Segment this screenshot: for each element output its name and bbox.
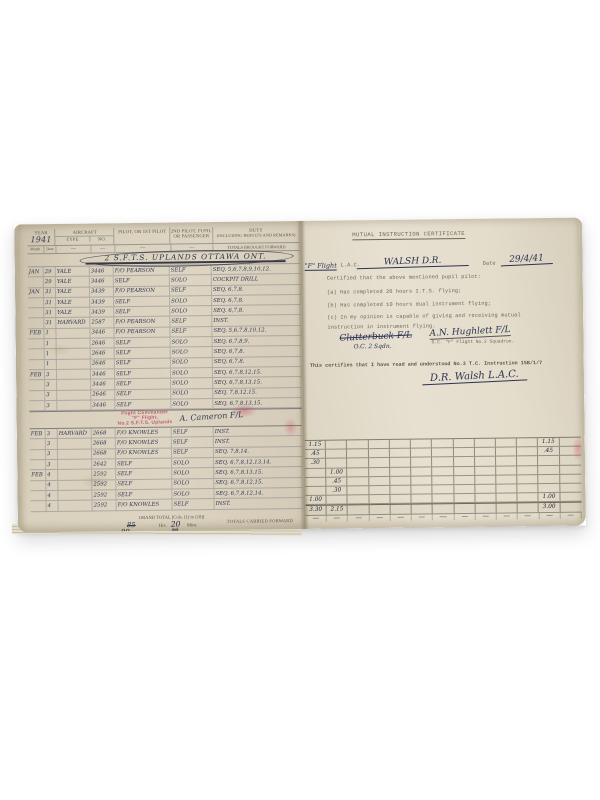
log-cell: SELF	[115, 399, 171, 409]
grid-cell	[560, 447, 581, 455]
type-label: Type	[56, 237, 90, 242]
grid-cell	[518, 484, 539, 492]
log-cell: SEQ. 6,7,8,12,15.	[213, 367, 301, 377]
stamp-line3: No.2 S.F.T.S. Uplands	[118, 421, 173, 428]
log-cell: SOLO	[172, 489, 214, 499]
grid-cell	[454, 466, 475, 474]
grid-cell: 2.15	[327, 506, 348, 514]
log-cell: FEB	[29, 370, 45, 379]
log-cell: 3439	[90, 307, 114, 317]
log-cell	[30, 491, 46, 500]
log-cell: 2668	[92, 428, 116, 438]
grid-cell	[475, 494, 496, 502]
flight-commander-stamp: Flight Commander "F" Flight, No.2 S.F.T.…	[117, 411, 172, 427]
log-cell: SEQ. 6,7,8.	[213, 357, 301, 367]
log-cell: 2646	[91, 349, 115, 359]
log-cell: SELF	[116, 469, 172, 479]
log-cell: INST.	[214, 426, 302, 436]
log-cell: 2646	[91, 390, 115, 400]
log-cell: 4	[46, 481, 58, 490]
log-cell	[29, 391, 45, 400]
grid-cell: .45	[538, 447, 559, 455]
grid-cell	[390, 440, 411, 448]
no-label: No.	[90, 236, 114, 241]
log-cell: SEQ. 6,7,8.	[212, 295, 300, 305]
mins-label: Mins.	[187, 522, 198, 527]
log-cell: FEB	[30, 429, 46, 438]
grid-cell	[411, 485, 432, 493]
certificate-text-line: (a) Has completed 20 hours I.T.S. flying…	[327, 288, 462, 296]
log-cell: SELF	[114, 296, 170, 306]
log-cell: YALE	[56, 297, 90, 307]
log-cell: 4	[46, 491, 58, 500]
grid-cell	[432, 448, 453, 456]
grid-cell	[517, 456, 538, 464]
log-cell	[28, 298, 44, 307]
log-cell: SELF	[172, 427, 214, 437]
grid-cell	[517, 447, 538, 455]
log-cell: 2592	[92, 470, 116, 480]
log-cell: SOLO	[171, 389, 213, 399]
pupil-signature-handwritten: D.R. Walsh L.A.C.	[422, 368, 527, 385]
grid-cell	[433, 494, 454, 502]
grid-cell	[305, 487, 326, 495]
log-cell: 31	[44, 288, 56, 297]
flight-oc-caption: O.C. "F" Flight No.2 Squadron.	[432, 339, 515, 345]
grid-cell	[347, 449, 368, 457]
grid-cell	[411, 458, 432, 466]
log-cell: SOLO	[171, 368, 213, 378]
grid-cell	[390, 449, 411, 457]
log-cell: SOLO	[170, 306, 212, 316]
log-cell	[58, 480, 92, 490]
log-cell: F/O KNOWLES	[117, 500, 173, 510]
log-cell: SEQ. 6,7,8.	[212, 285, 300, 295]
log-cell: SOLO	[172, 468, 214, 478]
log-cell: SELF	[172, 448, 214, 458]
col-header-aircraft: Aircraft Type No.	[56, 228, 115, 245]
grid-cell	[432, 439, 453, 447]
logbook-spread: Year 1941 Aircraft Type No. Pilot, or 1s…	[14, 218, 586, 533]
acknowledgement-text: This certifies that I have read and unde…	[310, 360, 542, 369]
grid-cell	[560, 474, 581, 482]
log-cell: 3446	[91, 369, 115, 379]
grid-cell: .30	[305, 459, 326, 467]
log-cell: HARVARD	[58, 429, 92, 439]
logbook-left-page: Year 1941 Aircraft Type No. Pilot, or 1s…	[14, 221, 304, 532]
grid-cell	[518, 493, 539, 501]
col-header-second-pilot: 2nd Pilot, Pupil or Passenger	[171, 227, 213, 244]
grid-cell	[326, 440, 347, 448]
log-rows-february: FEB3HARVARD2668F/O KNOWLESSELFINST.32668…	[30, 426, 303, 512]
grid-cell	[454, 476, 475, 484]
log-cell: INST.	[215, 498, 303, 508]
log-cell: SELF	[170, 317, 212, 327]
grid-cell	[453, 439, 474, 447]
grid-cell	[369, 477, 390, 485]
log-cell	[57, 400, 91, 410]
grid-cell	[390, 486, 411, 494]
log-cell: 3	[45, 380, 57, 389]
log-cell: F/O KNOWLES	[116, 428, 172, 438]
log-cell: SEQ. 6,7,8.	[212, 305, 300, 315]
log-cell: 3	[45, 401, 57, 410]
grid-cell: 3.00	[539, 503, 560, 511]
grid-cell	[517, 466, 538, 474]
grid-cell	[411, 467, 432, 475]
log-cell	[30, 450, 46, 459]
grid-cell	[497, 504, 518, 512]
grid-cell	[432, 467, 453, 475]
grid-footer-tick	[560, 512, 581, 518]
mutual-instruction-certificate: MUTUAL INSTRUCTION CERTIFICATE "F" Fligh…	[300, 218, 583, 529]
log-cell: 2642	[92, 459, 116, 469]
grid-cell	[348, 477, 369, 485]
grid-cell	[326, 459, 347, 467]
grid-cell	[369, 467, 390, 475]
log-cell: SELF	[115, 369, 171, 379]
log-cell: FEB	[30, 470, 46, 479]
log-cell: F/O KNOWLES	[116, 448, 172, 458]
log-cell: SELF	[115, 358, 171, 368]
certificate-text-line: (b) Has completed 10 hours dual instrume…	[327, 301, 491, 309]
log-cell	[58, 490, 92, 500]
log-cell: 3	[46, 429, 58, 438]
log-cell: SEQ. 6,7,8,13,15.	[213, 377, 301, 387]
grid-cell	[412, 505, 433, 513]
log-cell	[58, 460, 92, 470]
log-cell: SOLO	[171, 337, 213, 347]
certificate-text-line: Certified that the above mentioned pupil…	[327, 274, 481, 282]
log-cell: F/O PEARSON	[114, 317, 170, 327]
log-cell	[29, 380, 45, 389]
log-cell: 3	[46, 450, 58, 459]
grid-cell	[369, 505, 390, 513]
log-cell: 3446	[90, 328, 114, 338]
log-cell: FEB	[28, 329, 44, 338]
stamp-band: Flight Commander "F" Flight, No.2 S.F.T.…	[29, 408, 301, 429]
log-cell: 3	[45, 370, 57, 379]
grid-cell	[518, 503, 539, 511]
log-cell: SOLO	[170, 296, 212, 306]
log-cell: 3446	[91, 400, 115, 410]
log-cell: 3439	[90, 287, 114, 297]
grid-cell	[411, 439, 432, 447]
grid-cell	[433, 485, 454, 493]
grid-cell	[347, 440, 368, 448]
log-cell: SOLO	[171, 347, 213, 357]
grid-footer-tick	[369, 514, 390, 520]
grid-cell	[496, 493, 517, 501]
grid-footer-tick	[327, 515, 348, 521]
grid-cell	[369, 449, 390, 457]
year-value-handwritten: 1941	[27, 235, 55, 244]
log-cell: SELF	[115, 338, 171, 348]
grid-footer-tick	[539, 512, 560, 518]
date-handwritten: 29/4/41	[500, 253, 552, 266]
grid-cell	[559, 438, 580, 446]
log-cell	[58, 470, 92, 480]
log-cell: YALE	[56, 287, 90, 297]
log-cell: 4	[46, 470, 58, 479]
log-cell: YALE	[56, 308, 90, 318]
date-label: Date	[44, 246, 57, 253]
log-cell	[28, 308, 44, 317]
log-cell: YALE	[56, 277, 90, 287]
log-cell: SEQ. 7,8,14.	[214, 447, 302, 457]
log-cell: 3446	[90, 277, 114, 287]
grid-cell: .45	[305, 450, 326, 458]
log-cell: YALE	[56, 267, 90, 277]
log-cell	[57, 339, 91, 349]
log-cell: SELF	[116, 479, 172, 489]
grid-cell: .45	[326, 477, 347, 485]
flight-oc-signature: A.N. Hughlett F/L	[429, 325, 511, 340]
grid-cell	[496, 438, 517, 446]
grid-cell	[412, 495, 433, 503]
grid-cell	[454, 457, 475, 465]
log-cell: SELF	[170, 327, 212, 337]
log-cell: SEQ. 6,7,8,12,13,14.	[214, 457, 302, 467]
aircraft-label: Aircraft	[73, 229, 97, 234]
grid-footer-tick	[497, 513, 518, 519]
log-cell	[58, 449, 92, 459]
log-cell	[59, 501, 93, 511]
log-cell	[28, 319, 44, 328]
log-cell: SOLO	[172, 479, 214, 489]
grid-cell	[475, 504, 496, 512]
log-cell: F/O KNOWLES	[116, 438, 172, 448]
log-cell: SOLO	[172, 458, 214, 468]
grid-cell	[560, 484, 581, 492]
log-cell: SEQ. 6,7,8.	[213, 346, 301, 356]
grid-cell	[475, 448, 496, 456]
log-cell: 3446	[91, 380, 115, 390]
log-cell: 3	[46, 460, 58, 469]
grid-cell	[560, 465, 581, 473]
certificate-text-line: instruction in instrument flying.	[327, 323, 435, 330]
totals-carried-forward-label: Totals Carried Forward	[227, 518, 293, 524]
grid-cell	[454, 485, 475, 493]
grid-cell	[348, 468, 369, 476]
grid-cell	[390, 467, 411, 475]
grid-footer-tick	[306, 515, 327, 521]
log-cell: 2592	[93, 500, 117, 510]
log-cell: SEQ. 6,7,8,12,15.	[214, 478, 302, 488]
log-cell	[29, 349, 45, 358]
log-cell	[57, 349, 91, 359]
log-cell: SELF	[172, 438, 214, 448]
log-cell	[29, 360, 45, 369]
grid-footer-tick	[348, 515, 369, 521]
log-cell: 31	[44, 308, 56, 317]
log-cell: INST.	[214, 436, 302, 446]
grid-cell	[411, 449, 432, 457]
grid-cell	[305, 477, 326, 485]
log-cell: 2592	[92, 480, 116, 490]
logbook-right-page: MUTUAL INSTRUCTION CERTIFICATE "F" Fligh…	[300, 218, 586, 529]
log-cell: F/O PEARSON	[114, 266, 170, 276]
certificate-text-line: (c) In my opinion is capable of giving a…	[327, 312, 521, 320]
grid-cell	[327, 496, 348, 504]
log-cell: JAN	[28, 288, 44, 297]
log-cell	[56, 328, 90, 338]
log-cell	[29, 339, 45, 348]
grid-cell	[454, 494, 475, 502]
grid-cell	[517, 475, 538, 483]
grid-cell	[390, 495, 411, 503]
hrs-label: Hrs.	[159, 522, 167, 527]
grid-cell	[539, 475, 560, 483]
grid-cell: 1.00	[305, 496, 326, 504]
grid-cell: 3.30	[306, 506, 327, 514]
log-rows-january: JAN29YALE3446F/O PEARSONSELFSEQ. 5,6,7,8…	[28, 264, 302, 411]
duty-sub-label: (Including Results and Remarks)	[217, 232, 296, 238]
log-cell: 29	[44, 277, 56, 286]
grid-cell	[475, 475, 496, 483]
grid-cell	[305, 468, 326, 476]
grid-cell	[348, 495, 369, 503]
grid-cell: 1.15	[538, 438, 559, 446]
log-cell: SOLO	[171, 358, 213, 368]
log-cell: SELF	[115, 389, 171, 399]
log-cell: SEQ. 6,7,8,12,14.	[214, 488, 302, 498]
log-cell	[58, 439, 92, 449]
log-cell: SELF	[114, 276, 170, 286]
log-cell	[57, 359, 91, 369]
grid-footer-tick	[433, 514, 454, 520]
grid-cell	[475, 485, 496, 493]
log-cell: F/O PEARSON	[114, 286, 170, 296]
grid-cell	[454, 504, 475, 512]
grid-cell	[560, 456, 581, 464]
log-cell: 1	[44, 329, 56, 338]
grid-cell	[432, 458, 453, 466]
log-cell: 2587	[90, 318, 114, 328]
log-cell: SELF	[114, 307, 170, 317]
log-cell: SEQ. 5,6,7,8,9,10,12.	[212, 264, 300, 274]
grid-cell	[369, 458, 390, 466]
log-cell: SEQ. 6,7,8,9.	[213, 336, 301, 346]
grid-cell	[368, 440, 389, 448]
log-cell: 1	[45, 349, 57, 358]
grid-cell	[496, 466, 517, 474]
log-cell: 3439	[90, 297, 114, 307]
flying-log-table: Year 1941 Aircraft Type No. Pilot, or 1s…	[27, 226, 303, 532]
flying-hours-grid: 1.151.15.45.45.301.00.45.301.001.003.302…	[305, 437, 582, 522]
grid-cell	[369, 495, 390, 503]
log-cell	[31, 501, 47, 510]
grid-cell	[433, 504, 454, 512]
grid-cell	[433, 476, 454, 484]
grid-cell	[411, 476, 432, 484]
col-header-duty: Duty (Including Results and Remarks)	[213, 226, 300, 243]
log-cell: 31	[44, 318, 56, 327]
grid-cell	[517, 438, 538, 446]
pupil-name-line: "F" Flight L.A.C. WALSH D.R. Date 29/4/4…	[305, 257, 565, 272]
grid-cell	[496, 484, 517, 492]
grand-total-footer: GRAND TOTAL [Cols. (1) to (10)] 85 89 Hr…	[31, 509, 303, 533]
grid-cell: 1.00	[326, 468, 347, 476]
log-cell: 3	[46, 439, 58, 448]
col-header-pilot: Pilot, or 1st Pilot	[115, 228, 171, 245]
log-cell: 3	[45, 391, 57, 400]
grid-footer-tick	[412, 514, 433, 520]
officer-signature-sub: O.C. 2 Sqdn.	[354, 343, 392, 350]
grid-cell	[390, 476, 411, 484]
officer-signature-crossed: Clutterbuck F/L	[339, 330, 412, 343]
log-cell: INST.	[212, 315, 300, 325]
grid-cell	[475, 439, 496, 447]
log-cell: SELF	[115, 348, 171, 358]
month-label: Month	[27, 246, 44, 253]
grid-cell	[538, 456, 559, 464]
grid-cell	[369, 486, 390, 494]
log-cell: SEQ. 5,6,7,8,10,12.	[212, 326, 300, 336]
log-cell: 3446	[90, 266, 114, 276]
log-cell: JAN	[28, 267, 44, 276]
grid-footer-tick	[454, 513, 475, 519]
log-cell: COCKPIT DRILL	[212, 274, 300, 284]
grid-footer-tick	[476, 513, 497, 519]
grid-cell	[390, 458, 411, 466]
grid-cell	[347, 459, 368, 467]
grid-cell: 1.00	[539, 493, 560, 501]
grid-cell	[453, 448, 474, 456]
log-cell: HARVARD	[56, 318, 90, 328]
grid-footer-tick	[518, 513, 539, 519]
grid-cell: 1.15	[305, 441, 326, 449]
log-cell: 31	[44, 298, 56, 307]
flight-commander-signature: A. Cameron F/L	[179, 410, 243, 423]
grid-cell	[496, 475, 517, 483]
log-cell: SOLO	[171, 378, 213, 388]
grid-footer-tick	[391, 514, 412, 520]
log-cell	[28, 277, 44, 286]
log-cell: SEQ. 6,7,8,13,15.	[213, 398, 301, 408]
grid-cell	[326, 450, 347, 458]
log-cell: F/O PEARSON	[114, 327, 170, 337]
log-cell	[57, 370, 91, 380]
log-cell	[29, 401, 45, 410]
grid-cell	[496, 457, 517, 465]
log-cell: 1	[45, 339, 57, 348]
grid-cell	[475, 466, 496, 474]
grid-cell	[348, 486, 369, 494]
log-cell: 2668	[92, 439, 116, 449]
product-photo-background: Year 1941 Aircraft Type No. Pilot, or 1s…	[0, 0, 600, 800]
log-cell: 2668	[92, 449, 116, 459]
log-cell: SELF	[116, 490, 172, 500]
log-cell: SELF	[116, 459, 172, 469]
col-header-year: Year 1941	[27, 229, 56, 245]
log-cell: SEQ. 7,8,12,15.	[213, 388, 301, 398]
log-cell: 2646	[91, 359, 115, 369]
log-cell: SELF	[115, 379, 171, 389]
grid-cell	[560, 503, 581, 511]
log-cell: SEQ. 6,7,8,13,15.	[214, 467, 302, 477]
log-cell: SELF	[173, 499, 215, 509]
pupil-name-handwritten: WALSH D.R.	[356, 255, 468, 269]
date-label: Date	[483, 261, 496, 267]
log-cell: 2592	[92, 490, 116, 500]
dash-no: —	[91, 245, 116, 252]
grid-cell	[539, 484, 560, 492]
grid-cell	[496, 448, 517, 456]
log-cell: SOLO	[171, 399, 213, 409]
log-cell	[30, 440, 46, 449]
certificate-title: MUTUAL INSTRUCTION CERTIFICATE	[352, 230, 465, 240]
